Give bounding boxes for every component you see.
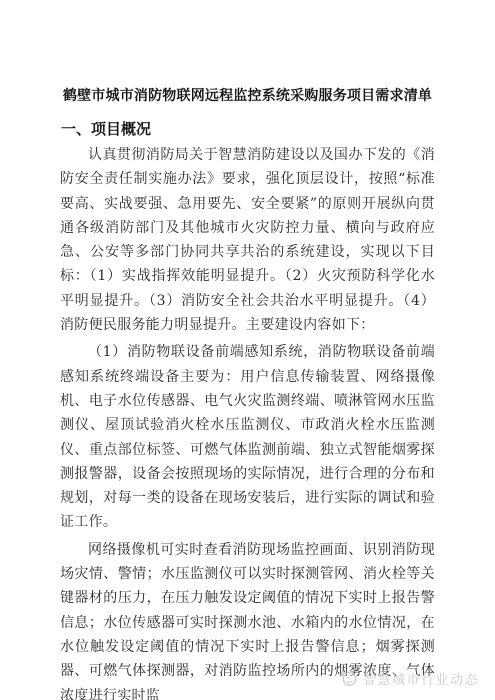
section-heading: 一、项目概况 — [61, 119, 435, 140]
document-content: 鹤壁市城市消防物联网远程监控系统采购服务项目需求清单 一、项目概况 认真贯彻消防… — [60, 84, 435, 700]
document-page: 鹤壁市城市消防物联网远程监控系统采购服务项目需求清单 一、项目概况 认真贯彻消防… — [0, 0, 495, 700]
publisher-logo-icon — [339, 669, 358, 688]
paragraph-frontend-devices: （1）消防物联设备前端感知系统，消防物联设备前端感知系统终端设备主要为：用户信息… — [60, 340, 435, 534]
watermark: 智慧城市行业动态 — [339, 669, 479, 688]
paragraph-overview-goals: 认真贯彻消防局关于智慧消防建设以及国办下发的《消防安全责任制实施办法》要求，强化… — [60, 143, 435, 337]
document-title: 鹤壁市城市消防物联网远程监控系统采购服务项目需求清单 — [60, 84, 435, 108]
watermark-label: 智慧城市行业动态 — [363, 669, 479, 688]
